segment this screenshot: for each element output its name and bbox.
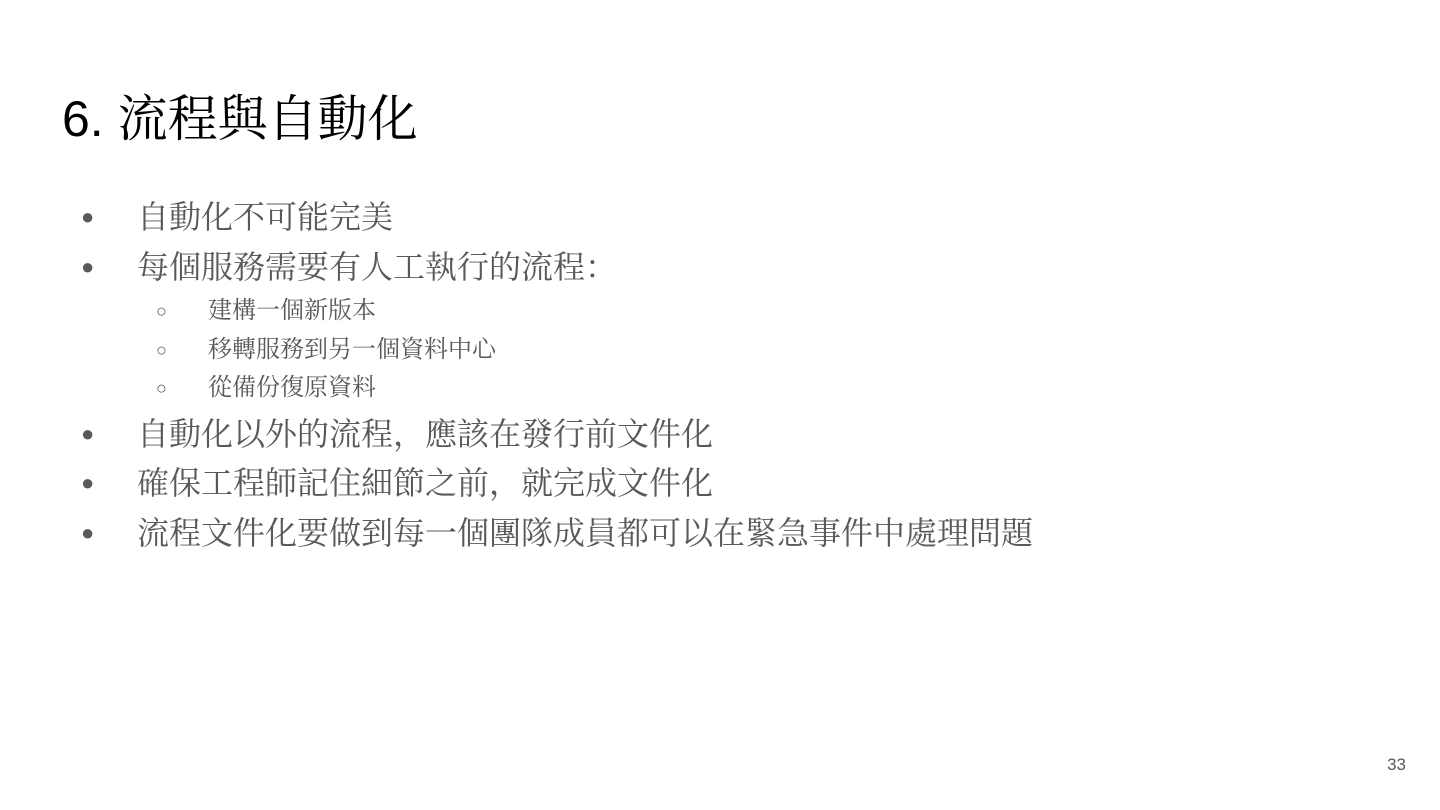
bullet-text: 流程文件化要做到每一個團隊成員都可以在緊急事件中處理問題: [137, 515, 1033, 551]
bullet-circle-icon: ○: [156, 372, 167, 404]
bullet-circle-icon: ○: [156, 295, 167, 327]
bullet-item: ● 自動化不可能完美: [137, 197, 393, 237]
bullet-text: 移轉服務到另一個資料中心: [208, 336, 496, 363]
bullet-item: ● 流程文件化要做到每一個團隊成員都可以在緊急事件中處理問題: [137, 513, 1033, 553]
bullet-item: ● 每個服務需要有人工執行的流程：: [137, 247, 617, 287]
bullet-item: ● 自動化以外的流程，應該在發行前文件化: [137, 414, 713, 454]
sub-bullet-item: ○ 建構一個新版本: [208, 295, 376, 327]
bullet-dot-icon: ●: [81, 513, 94, 553]
bullet-text: 每個服務需要有人工執行的流程：: [137, 249, 617, 285]
slide-title: 6. 流程與自動化: [62, 84, 418, 154]
page-number: 33: [1387, 755, 1406, 775]
bullet-text: 建構一個新版本: [208, 297, 376, 324]
bullet-dot-icon: ●: [81, 414, 94, 454]
bullet-item: ● 確保工程師記住細節之前，就完成文件化: [137, 463, 713, 503]
bullet-text: 確保工程師記住細節之前，就完成文件化: [137, 465, 713, 501]
bullet-text: 自動化以外的流程，應該在發行前文件化: [137, 416, 713, 452]
bullet-dot-icon: ●: [81, 463, 94, 503]
sub-bullet-item: ○ 從備份復原資料: [208, 372, 376, 404]
bullet-dot-icon: ●: [81, 197, 94, 237]
bullet-text: 自動化不可能完美: [137, 199, 393, 235]
bullet-circle-icon: ○: [156, 334, 167, 366]
bullet-text: 從備份復原資料: [208, 374, 376, 401]
sub-bullet-item: ○ 移轉服務到另一個資料中心: [208, 334, 496, 366]
bullet-dot-icon: ●: [81, 247, 94, 287]
